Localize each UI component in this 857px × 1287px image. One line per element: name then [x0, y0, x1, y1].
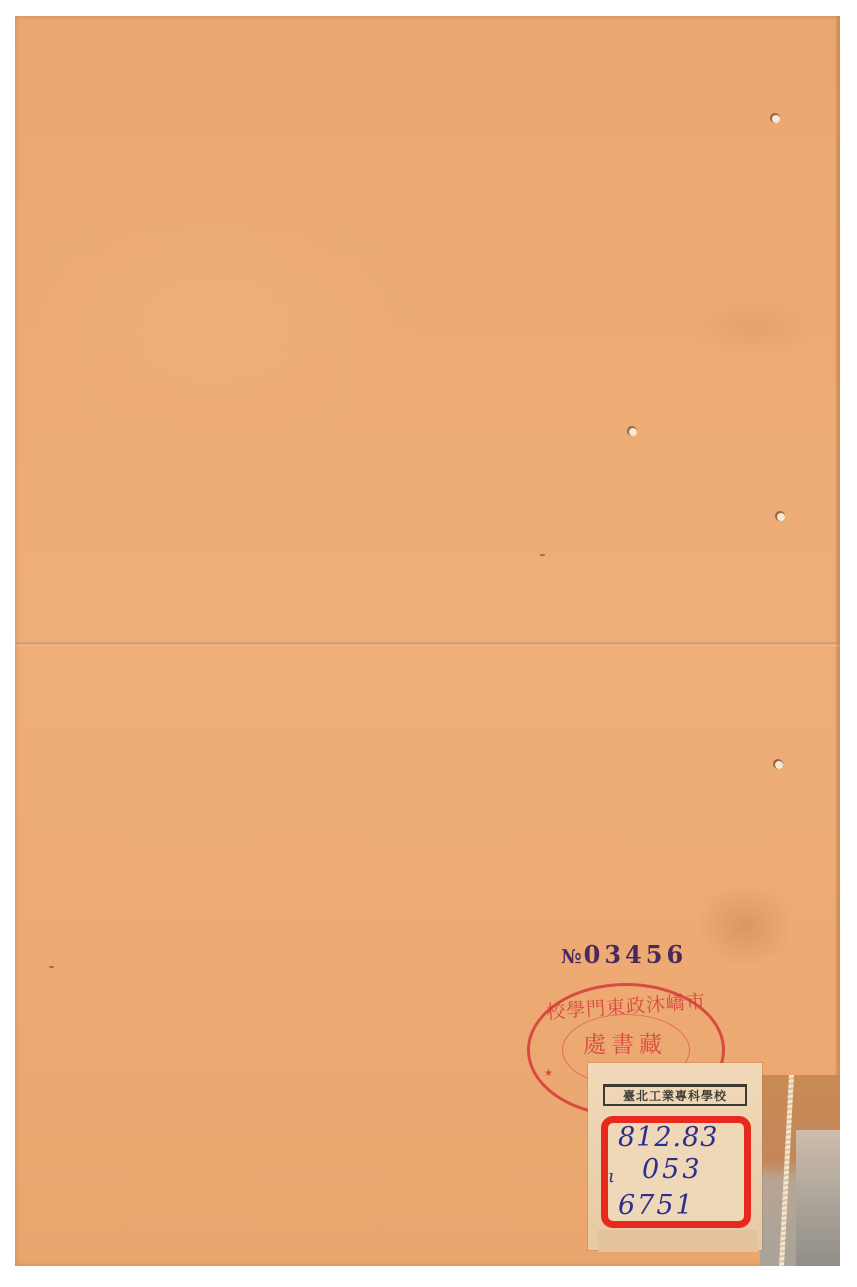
paper-speck — [49, 966, 54, 968]
paper-speck — [540, 554, 545, 556]
label-backing — [598, 1230, 758, 1252]
label-school-name: 臺北工業專科學校 — [603, 1084, 747, 1106]
star-icon: ★ — [544, 1068, 553, 1079]
call-number-mark: ι — [608, 1168, 615, 1186]
serial-value: 03456 — [584, 940, 688, 969]
call-number-line-3: 6751 — [618, 1192, 695, 1219]
serial-number-stamp: №03456 — [561, 940, 687, 969]
binding-hole — [775, 761, 783, 769]
stamp-center-text: 處書藏 — [570, 1026, 680, 1059]
paper-fold-line — [15, 641, 840, 647]
serial-prefix: № — [561, 946, 581, 968]
binding-hole — [629, 428, 637, 436]
call-number-line-2: 053 — [642, 1156, 703, 1183]
binding-hole — [777, 513, 785, 521]
binding-hole — [772, 115, 780, 123]
worn-cloth-patch — [796, 1130, 840, 1266]
call-number-line-1: 812.83 — [618, 1124, 718, 1151]
